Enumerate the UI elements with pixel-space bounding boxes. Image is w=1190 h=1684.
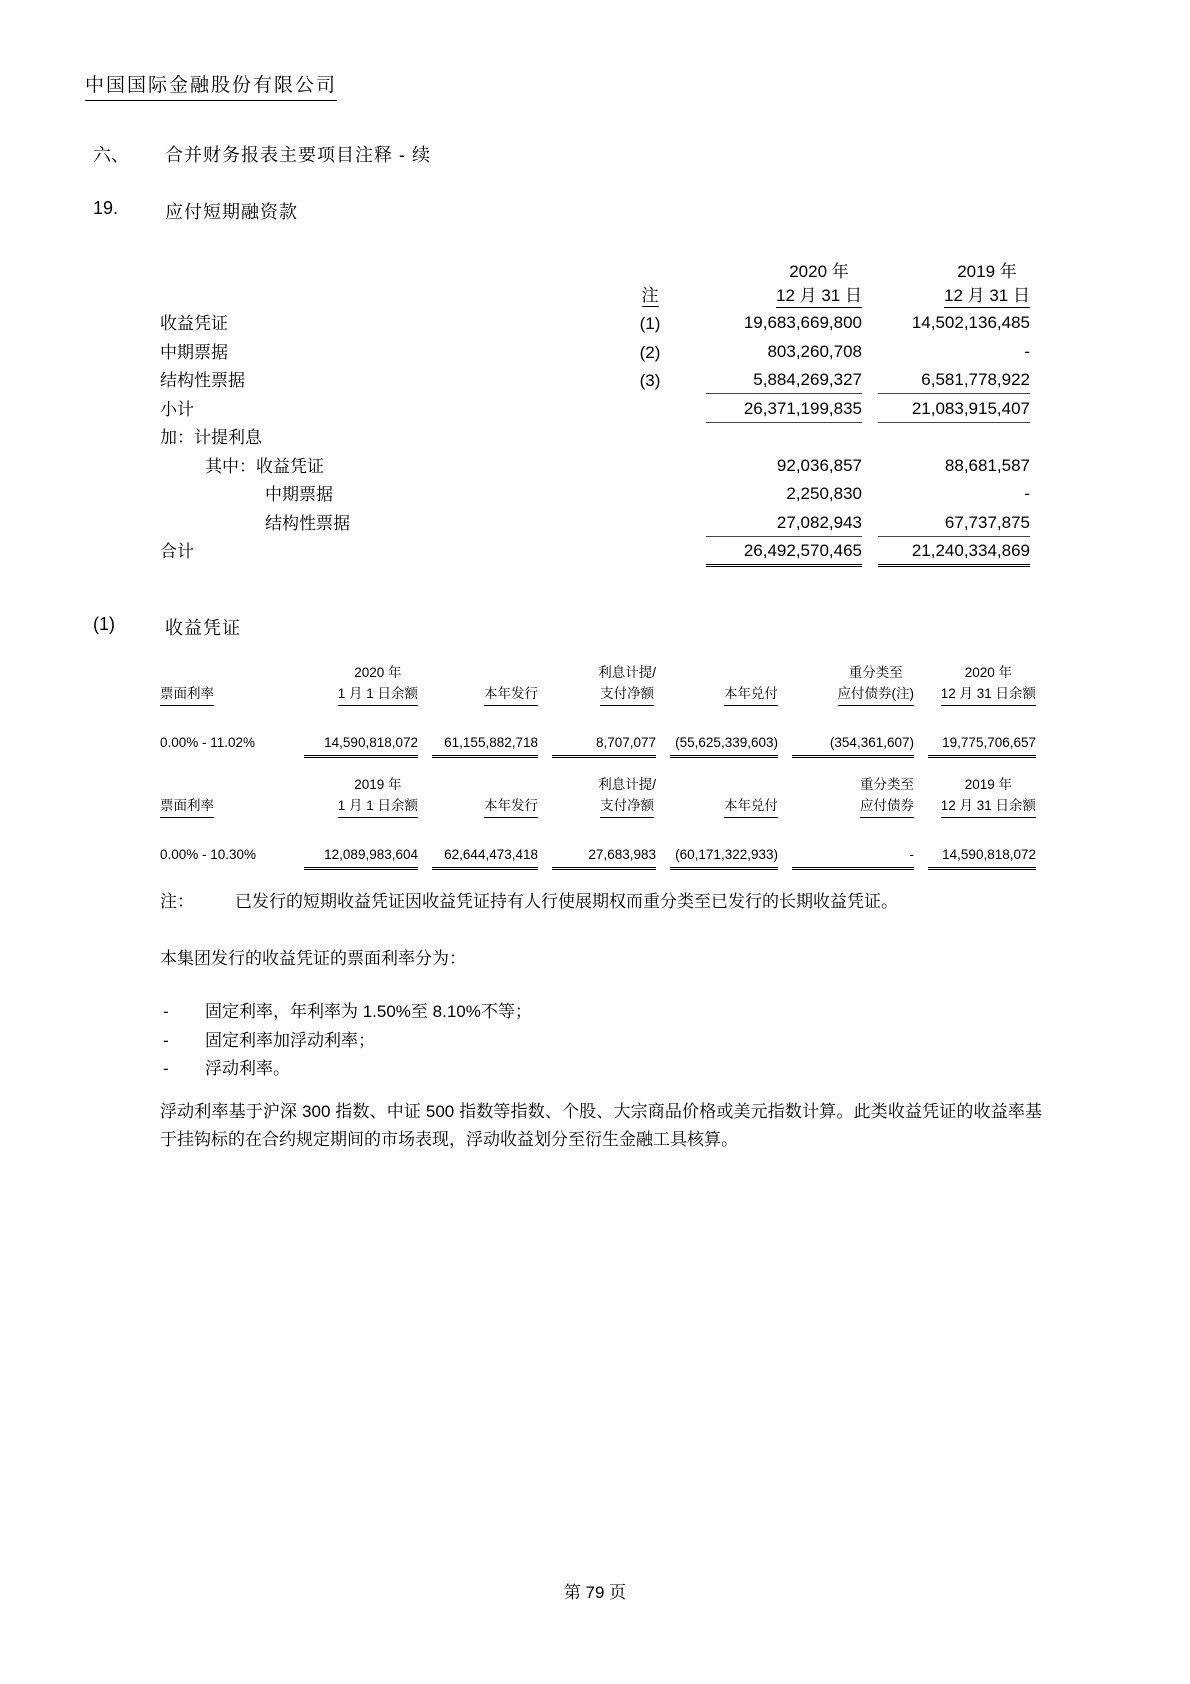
table-row: 收益凭证 (1) 19,683,669,800 14,502,136,485: [160, 310, 1030, 339]
certificates-table-2020: 票面利率 2020 年1 月 1 日余额 本年发行 利息计提/支付净额 本年兑付…: [160, 662, 1036, 758]
row-value-2020: 2,250,830: [690, 481, 862, 510]
table-row: 加：计提利息: [160, 424, 1030, 453]
row-value-2020: 26,371,199,835: [690, 396, 862, 425]
row-label: 中期票据: [160, 481, 610, 510]
col-closing-balance: 12 月 31 日余额: [941, 683, 1036, 706]
opening-balance: 12,089,983,604: [290, 845, 418, 870]
bullet-dash: -: [163, 1027, 205, 1056]
reclassified: -: [778, 845, 914, 870]
row-value-2019: 14,502,136,485: [862, 310, 1030, 339]
redeemed: (60,171,322,933): [656, 845, 778, 870]
col-opening-balance: 1 月 1 日余额: [338, 683, 418, 706]
row-value-2020: 19,683,669,800: [690, 310, 862, 339]
page-number: 第 79 页: [0, 1578, 1190, 1603]
col-reclassified: 应付债券: [860, 795, 914, 818]
row-label: 合计: [160, 538, 610, 567]
row-label: 其中：收益凭证: [160, 453, 610, 482]
row-value-2020: 803,260,708: [690, 339, 862, 368]
certificates-table-2019: 票面利率 2019 年1 月 1 日余额 本年发行 利息计提/支付净额 本年兑付…: [160, 774, 1036, 870]
col-interest: 支付净额: [600, 795, 654, 818]
row-label: 结构性票据: [160, 367, 610, 396]
col-interest: 支付净额: [600, 683, 654, 706]
interest-net: 27,683,983: [538, 845, 656, 870]
bullet-text: 固定利率，年利率为 1.50%至 8.10%不等；: [205, 998, 532, 1027]
list-item: - 固定利率加浮动利率；: [163, 1027, 532, 1056]
redeemed: (55,625,339,603): [656, 733, 778, 758]
col-issued: 本年发行: [484, 683, 538, 706]
coupon-rate: 0.00% - 10.30%: [160, 845, 290, 870]
row-value-2019: 6,581,778,922: [862, 367, 1030, 396]
row-value-2019: -: [862, 481, 1030, 510]
row-label: 结构性票据: [160, 510, 610, 539]
row-value-2019: 67,737,875: [862, 510, 1030, 539]
list-item: - 固定利率，年利率为 1.50%至 8.10%不等；: [163, 998, 532, 1027]
section-number: 六、: [93, 141, 165, 167]
opening-balance: 14,590,818,072: [290, 733, 418, 758]
footnote-label: 注：: [160, 888, 235, 916]
closing-balance: 14,590,818,072: [914, 845, 1036, 870]
note1-number: (1): [93, 614, 165, 640]
table-row: 0.00% - 10.30% 12,089,983,604 62,644,473…: [160, 845, 1036, 870]
item-title: 应付短期融资款: [165, 198, 298, 224]
bullet-list: - 固定利率，年利率为 1.50%至 8.10%不等； - 固定利率加浮动利率；…: [163, 998, 532, 1084]
financial-report-page: 中国国际金融股份有限公司 六、 合并财务报表主要项目注释 - 续 19. 应付短…: [0, 0, 1190, 1684]
bullet-text: 浮动利率。: [205, 1055, 290, 1084]
table-row: 0.00% - 11.02% 14,590,818,072 61,155,882…: [160, 733, 1036, 758]
footnote-text: 已发行的短期收益凭证因收益凭证持有人行使展期权而重分类至已发行的长期收益凭证。: [235, 888, 898, 916]
issued: 61,155,882,718: [418, 733, 538, 758]
col-rate: 票面利率: [160, 795, 214, 818]
column-header-2020: 2020 年 12 月 31 日: [690, 261, 862, 310]
table-header: 注 2020 年 12 月 31 日 2019 年 12 月 31 日: [160, 252, 1030, 310]
table-row-total: 合计 26,492,570,465 21,240,334,869: [160, 538, 1030, 567]
row-label: 小计: [160, 396, 610, 425]
table-header: 票面利率 2019 年1 月 1 日余额 本年发行 利息计提/支付净额 本年兑付…: [160, 774, 1036, 818]
row-value-2020: 26,492,570,465: [690, 538, 862, 567]
row-value-2020: 5,884,269,327: [690, 367, 862, 396]
table-row: 结构性票据 27,082,943 67,737,875: [160, 510, 1030, 539]
item-number: 19.: [93, 198, 165, 224]
row-label: 加：计提利息: [160, 424, 610, 453]
item-heading: 19. 应付短期融资款: [93, 198, 298, 224]
short-term-financing-table: 注 2020 年 12 月 31 日 2019 年 12 月 31 日 收益凭证…: [160, 252, 1030, 567]
coupon-rate: 0.00% - 11.02%: [160, 733, 290, 758]
col-opening-balance: 1 月 1 日余额: [338, 795, 418, 818]
row-value-2020: 92,036,857: [690, 453, 862, 482]
col-redeemed: 本年兑付: [724, 795, 778, 818]
table-row: 中期票据 (2) 803,260,708 -: [160, 339, 1030, 368]
bullet-dash: -: [163, 998, 205, 1027]
col-redeemed: 本年兑付: [724, 683, 778, 706]
company-name: 中国国际金融股份有限公司: [85, 70, 337, 101]
note1-heading: (1) 收益凭证: [93, 614, 241, 640]
row-note-ref: (3): [610, 367, 690, 396]
row-note-ref: (2): [610, 339, 690, 368]
table-row-subtotal: 小计 26,371,199,835 21,083,915,407: [160, 396, 1030, 425]
reclassified: (354,361,607): [778, 733, 914, 758]
column-header-note: 注: [642, 286, 659, 307]
footnote: 注： 已发行的短期收益凭证因收益凭证持有人行使展期权而重分类至已发行的长期收益凭…: [160, 888, 1040, 916]
bullet-text: 固定利率加浮动利率；: [205, 1027, 375, 1056]
list-item: - 浮动利率。: [163, 1055, 532, 1084]
issued: 62,644,473,418: [418, 845, 538, 870]
row-note-ref: (1): [610, 310, 690, 339]
note1-title: 收益凭证: [165, 614, 241, 640]
row-value-2019: 88,681,587: [862, 453, 1030, 482]
col-rate: 票面利率: [160, 683, 214, 706]
table-row: 中期票据 2,250,830 -: [160, 481, 1030, 510]
row-value-2020: 27,082,943: [690, 510, 862, 539]
section-title: 合并财务报表主要项目注释 - 续: [165, 141, 431, 167]
col-closing-balance: 12 月 31 日余额: [941, 795, 1036, 818]
row-label: 中期票据: [160, 339, 610, 368]
interest-net: 8,707,077: [538, 733, 656, 758]
bullet-dash: -: [163, 1055, 205, 1084]
table-header: 票面利率 2020 年1 月 1 日余额 本年发行 利息计提/支付净额 本年兑付…: [160, 662, 1036, 706]
column-header-2019: 2019 年 12 月 31 日: [862, 261, 1030, 310]
table-row: 其中：收益凭证 92,036,857 88,681,587: [160, 453, 1030, 482]
row-label: 收益凭证: [160, 310, 610, 339]
paragraph-floating-rate: 浮动利率基于沪深 300 指数、中证 500 指数等指数、个股、大宗商品价格或美…: [160, 1098, 1042, 1154]
row-value-2019: -: [862, 339, 1030, 368]
paragraph-coupon-types: 本集团发行的收益凭证的票面利率分为：: [160, 944, 466, 969]
row-value-2019: 21,083,915,407: [862, 396, 1030, 425]
col-reclassified: 应付债券(注): [838, 683, 915, 706]
table-row: 结构性票据 (3) 5,884,269,327 6,581,778,922: [160, 367, 1030, 396]
col-issued: 本年发行: [484, 795, 538, 818]
closing-balance: 19,775,706,657: [914, 733, 1036, 758]
row-value-2019: 21,240,334,869: [862, 538, 1030, 567]
section-heading: 六、 合并财务报表主要项目注释 - 续: [93, 141, 431, 167]
